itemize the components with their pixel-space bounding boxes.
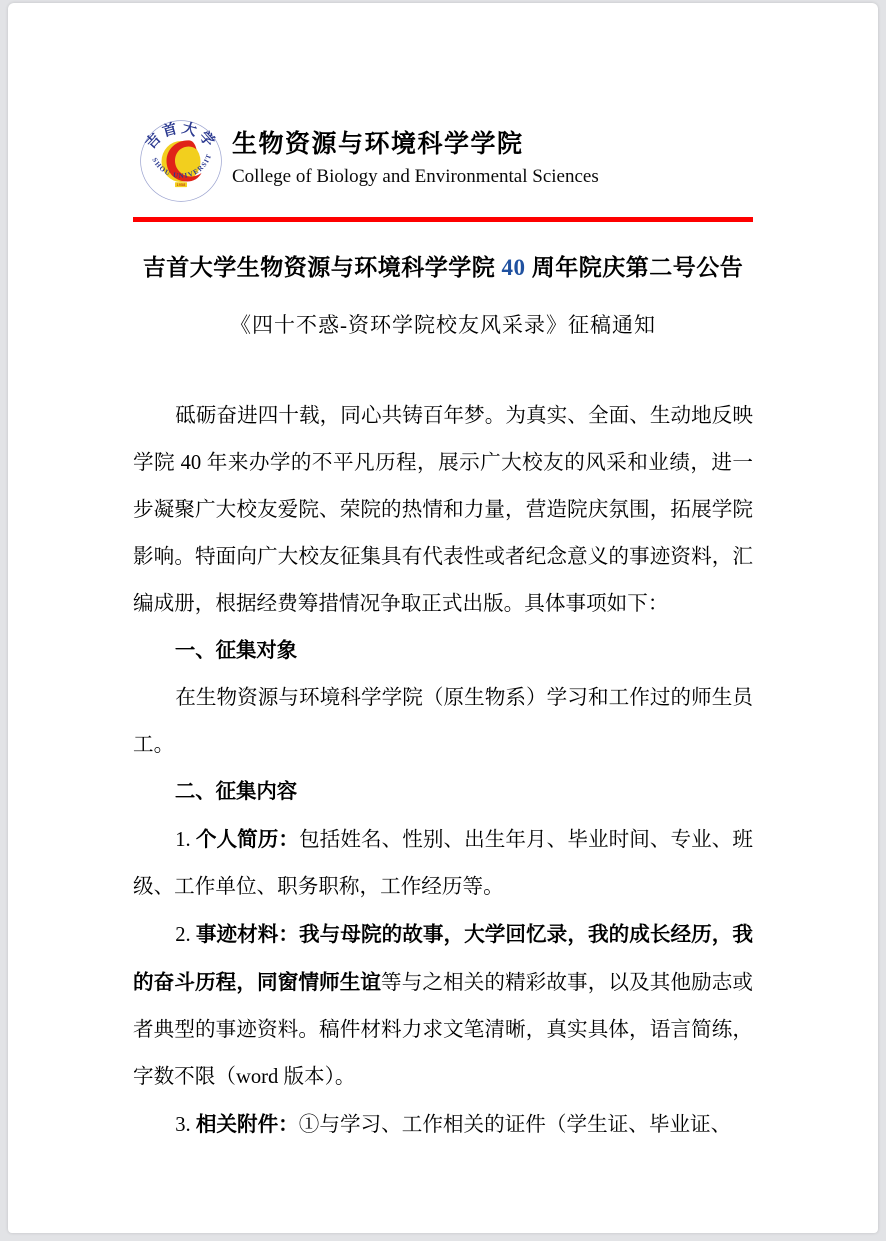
item3-text: ①与学习、工作相关的证件（学生证、毕业证、 [299,1114,731,1136]
notice-title: 吉首大学生物资源与环境科学学院 40 周年院庆第二号公告 [133,251,753,284]
item1-bold-label: 个人简历： [196,828,299,851]
item3-number: 3. [175,1114,196,1136]
item-personal-resume: 1. 个人简历：包括姓名、性别、出生年月、毕业时间、专业、班级、工作单位、职务职… [133,816,753,911]
college-name-en: College of Biology and Environmental Sci… [232,163,599,190]
title-suffix: 周年院庆第二号公告 [526,255,744,280]
item2-number: 2. [175,924,196,946]
university-seal-icon: 1958 吉首大学 JI SHOU UNIVERSITY [140,120,222,202]
title-prefix: 吉首大学生物资源与环境科学学院 [143,255,502,280]
section1-paragraph: 在生物资源与环境科学学院（原生物系）学习和工作过的师生员工。 [133,675,753,769]
item-deed-materials: 2. 事迹材料：我与母院的故事，大学回忆录，我的成长经历，我的奋斗历程，同窗情师… [133,911,753,1101]
document-body: 砥砺奋进四十载，同心共铸百年梦。为真实、全面、生动地反映学院 40 年来办学的不… [133,393,753,1149]
item-attachments: 3. 相关附件：①与学习、工作相关的证件（学生证、毕业证、 [133,1101,753,1149]
letterhead: 1958 吉首大学 JI SHOU UNIVERSITY 生物资源与环境科学学院… [133,120,753,202]
notice-subtitle: 《四十不惑-资环学院校友风采录》征稿通知 [133,310,753,341]
section1-heading: 一、征集对象 [133,628,753,675]
anniversary-number: 40 [502,255,526,280]
seal-year-text: 1958 [177,183,186,187]
university-logo: 1958 吉首大学 JI SHOU UNIVERSITY [140,120,222,202]
page-background: 1958 吉首大学 JI SHOU UNIVERSITY 生物资源与环境科学学院… [0,0,886,1241]
intro-paragraph: 砥砺奋进四十载，同心共铸百年梦。为真实、全面、生动地反映学院 40 年来办学的不… [133,393,753,628]
item1-number: 1. [175,829,196,851]
section2-heading: 二、征集内容 [133,769,753,816]
college-names: 生物资源与环境科学学院 College of Biology and Envir… [232,127,599,196]
document-page: 1958 吉首大学 JI SHOU UNIVERSITY 生物资源与环境科学学院… [8,3,878,1233]
college-name-cn: 生物资源与环境科学学院 [232,127,599,161]
red-divider [133,217,753,222]
item3-bold-label: 相关附件： [196,1113,299,1136]
